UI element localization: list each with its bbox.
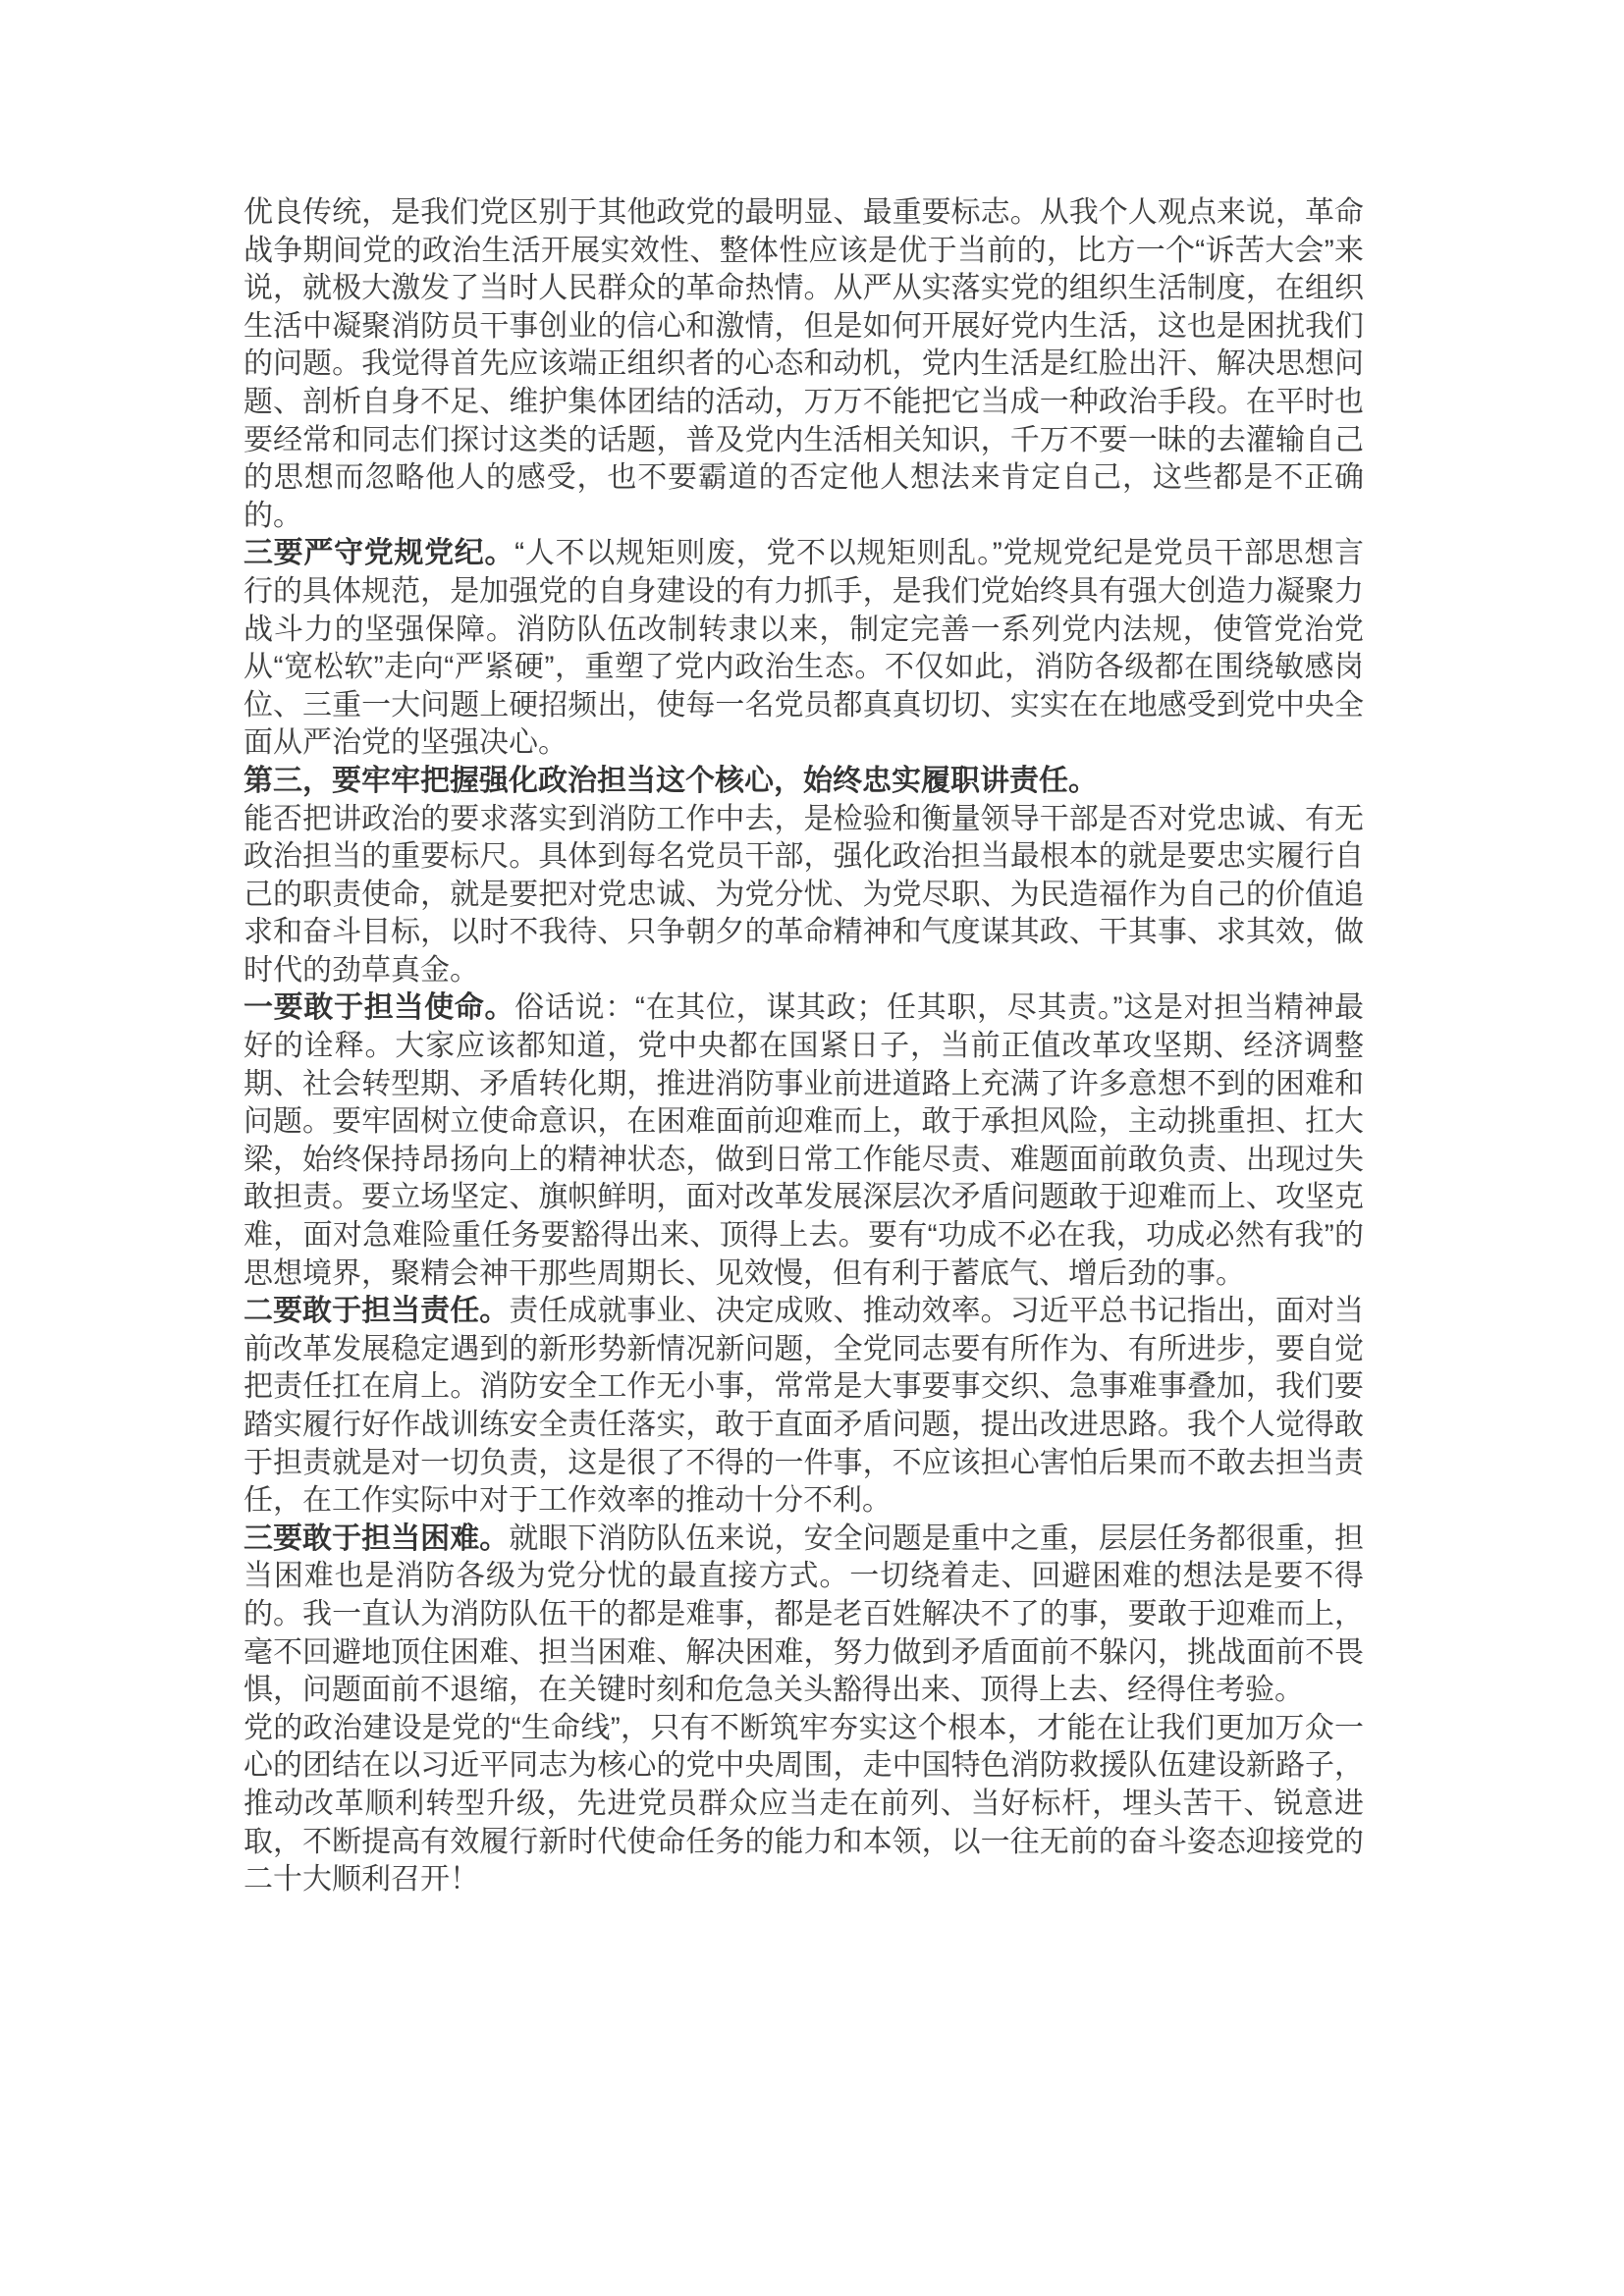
bold-text-run: 三要严守党规党纪。	[244, 537, 514, 569]
text-run: 党的政治建设是党的“生命线”，只有不断筑牢夯实这个根本，才能在让我们更加万众一心…	[244, 1712, 1364, 1896]
paragraph: 三要敢于担当困难。就眼下消防队伍来说，安全问题是重中之重，层层任务都很重，担当困…	[244, 1521, 1364, 1710]
paragraph: 第三，要牢牢把握强化政治担当这个核心，始终忠实履职讲责任。	[244, 763, 1364, 801]
paragraph: 党的政治建设是党的“生命线”，只有不断筑牢夯实这个根本，才能在让我们更加万众一心…	[244, 1710, 1364, 1899]
document-body: 优良传统，是我们党区别于其他政党的最明显、最重要标志。从我个人观点来说，革命战争…	[244, 194, 1364, 1899]
paragraph: 二要敢于担当责任。责任成就事业、决定成败、推动效率。习近平总书记指出，面对当前改…	[244, 1293, 1364, 1521]
bold-text-run: 第三，要牢牢把握强化政治担当这个核心，始终忠实履职讲责任。	[244, 765, 1098, 797]
bold-text-run: 三要敢于担当困难。	[244, 1522, 509, 1555]
paragraph: 三要严守党规党纪。“人不以规矩则废，党不以规矩则乱。”党规党纪是党员干部思想言行…	[244, 535, 1364, 763]
paragraph: 优良传统，是我们党区别于其他政党的最明显、最重要标志。从我个人观点来说，革命战争…	[244, 194, 1364, 535]
paragraph: 一要敢于担当使命。俗话说：“在其位，谋其政；任其职，尽其责。”这是对担当精神最好…	[244, 989, 1364, 1293]
text-run: “人不以规矩则废，党不以规矩则乱。”党规党纪是党员干部思想言行的具体规范，是加强…	[244, 537, 1364, 759]
text-run: 俗话说：“在其位，谋其政；任其职，尽其责。”这是对担当精神最好的诠释。大家应该都…	[244, 991, 1364, 1289]
paragraph: 能否把讲政治的要求落实到消防工作中去，是检验和衡量领导干部是否对党忠诚、有无政治…	[244, 801, 1364, 990]
text-run: 责任成就事业、决定成败、推动效率。习近平总书记指出，面对当前改革发展稳定遇到的新…	[244, 1295, 1364, 1517]
bold-text-run: 二要敢于担当责任。	[244, 1295, 509, 1327]
document-page: 优良传统，是我们党区别于其他政党的最明显、最重要标志。从我个人观点来说，革命战争…	[0, 0, 1624, 2296]
text-run: 优良传统，是我们党区别于其他政党的最明显、最重要标志。从我个人观点来说，革命战争…	[244, 196, 1364, 532]
bold-text-run: 一要敢于担当使命。	[244, 991, 514, 1024]
text-run: 能否把讲政治的要求落实到消防工作中去，是检验和衡量领导干部是否对党忠诚、有无政治…	[244, 803, 1364, 987]
